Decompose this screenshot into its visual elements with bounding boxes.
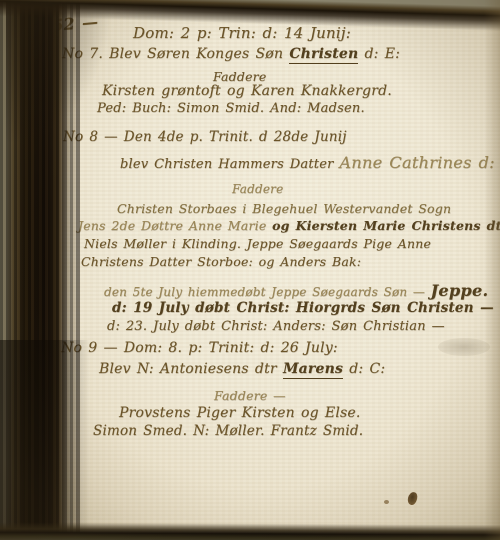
- photo-vignette: [0, 0, 500, 540]
- manuscript-photo: 52 — Dom: 2 p: Trin: d: 14 Junij: No 7. …: [0, 0, 500, 540]
